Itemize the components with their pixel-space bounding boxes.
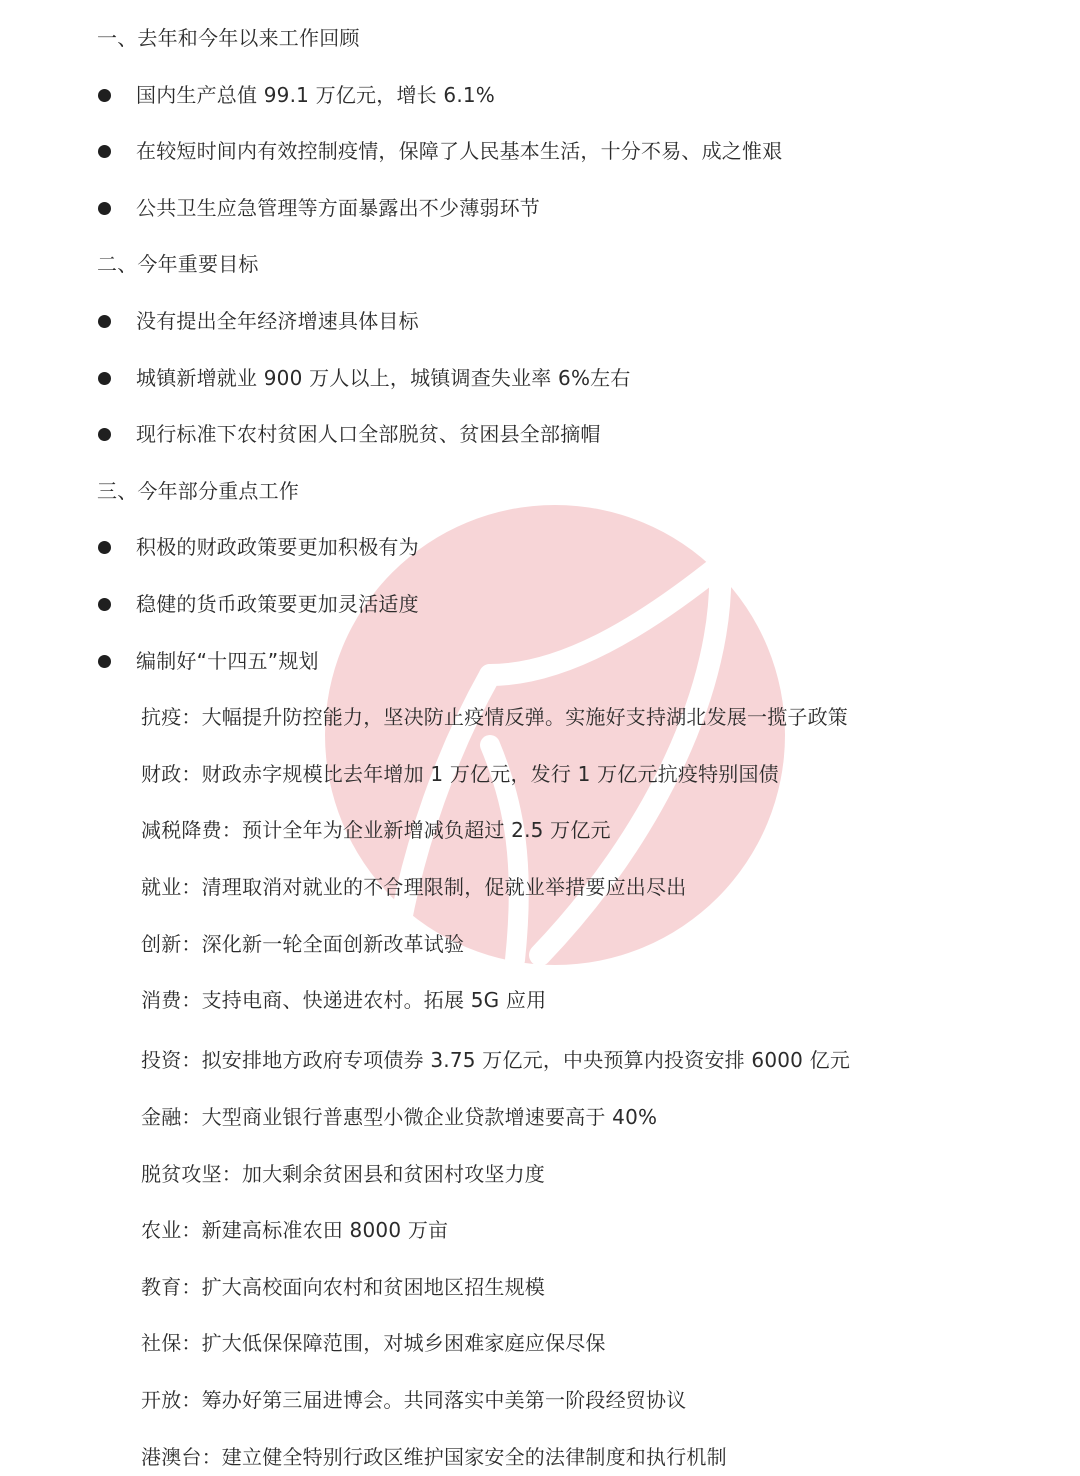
policy-item-innovation: 创新：深化新一轮全面创新改革试验: [141, 930, 464, 958]
bullet-text: 现行标准下农村贫困人口全部脱贫、贫困县全部摘帽: [136, 420, 601, 448]
policy-item-social-security: 社保：扩大低保保障范围，对城乡困难家庭应保尽保: [141, 1329, 606, 1357]
section-heading-review: 一、去年和今年以来工作回顾: [97, 24, 360, 52]
bullet-dot-icon: [98, 145, 111, 158]
bullet-text: 公共卫生应急管理等方面暴露出不少薄弱环节: [136, 194, 540, 222]
bullet-text: 在较短时间内有效控制疫情，保障了人民基本生活，十分不易、成之惟艰: [136, 137, 782, 165]
policy-item-consumption: 消费：支持电商、快递进农村。拓展 5G 应用: [141, 986, 546, 1014]
section-heading-goals: 二、今年重要目标: [97, 250, 259, 278]
policy-item-education: 教育：扩大高校面向农村和贫困地区招生规模: [141, 1273, 545, 1301]
bullet-text: 稳健的货币政策要更加灵活适度: [136, 590, 419, 618]
bullet-dot-icon: [98, 541, 111, 554]
policy-item-investment: 投资：拟安排地方政府专项债券 3.75 万亿元，中央预算内投资安排 6000 亿…: [141, 1046, 850, 1074]
policy-item-poverty: 脱贫攻坚：加大剩余贫困县和贫困村攻坚力度: [141, 1160, 545, 1188]
policy-item-opening-up: 开放：筹办好第三届进博会。共同落实中美第一阶段经贸协议: [141, 1386, 686, 1414]
bullet-dot-icon: [98, 428, 111, 441]
policy-item-finance: 财政：财政赤字规模比去年增加 1 万亿元，发行 1 万亿元抗疫特别国债: [141, 760, 779, 788]
bullet-text: 国内生产总值 99.1 万亿元，增长 6.1%: [136, 81, 495, 109]
bullet-dot-icon: [98, 89, 111, 102]
bullet-dot-icon: [98, 202, 111, 215]
bullet-dot-icon: [98, 655, 111, 668]
document-body: 一、去年和今年以来工作回顾 国内生产总值 99.1 万亿元，增长 6.1% 在较…: [0, 0, 1080, 1476]
bullet-dot-icon: [98, 315, 111, 328]
policy-item-agriculture: 农业：新建高标准农田 8000 万亩: [141, 1216, 448, 1244]
bullet-dot-icon: [98, 372, 111, 385]
policy-item-banking: 金融：大型商业银行普惠型小微企业贷款增速要高于 40%: [141, 1103, 657, 1131]
bullet-text: 没有提出全年经济增速具体目标: [136, 307, 419, 335]
bullet-text: 编制好“十四五”规划: [136, 647, 319, 675]
policy-item-employment: 就业：清理取消对就业的不合理限制，促就业举措要应出尽出: [141, 873, 686, 901]
bullet-text: 城镇新增就业 900 万人以上，城镇调查失业率 6%左右: [136, 364, 631, 392]
policy-item-epidemic: 抗疫：大幅提升防控能力，坚决防止疫情反弹。实施好支持湖北发展一揽子政策: [141, 703, 848, 731]
policy-item-hk-macao-taiwan: 港澳台：建立健全特别行政区维护国家安全的法律制度和执行机制: [141, 1443, 727, 1471]
policy-item-tax: 减税降费：预计全年为企业新增减负超过 2.5 万亿元: [141, 816, 611, 844]
bullet-dot-icon: [98, 598, 111, 611]
section-heading-key-work: 三、今年部分重点工作: [97, 477, 299, 505]
bullet-text: 积极的财政政策要更加积极有为: [136, 533, 419, 561]
